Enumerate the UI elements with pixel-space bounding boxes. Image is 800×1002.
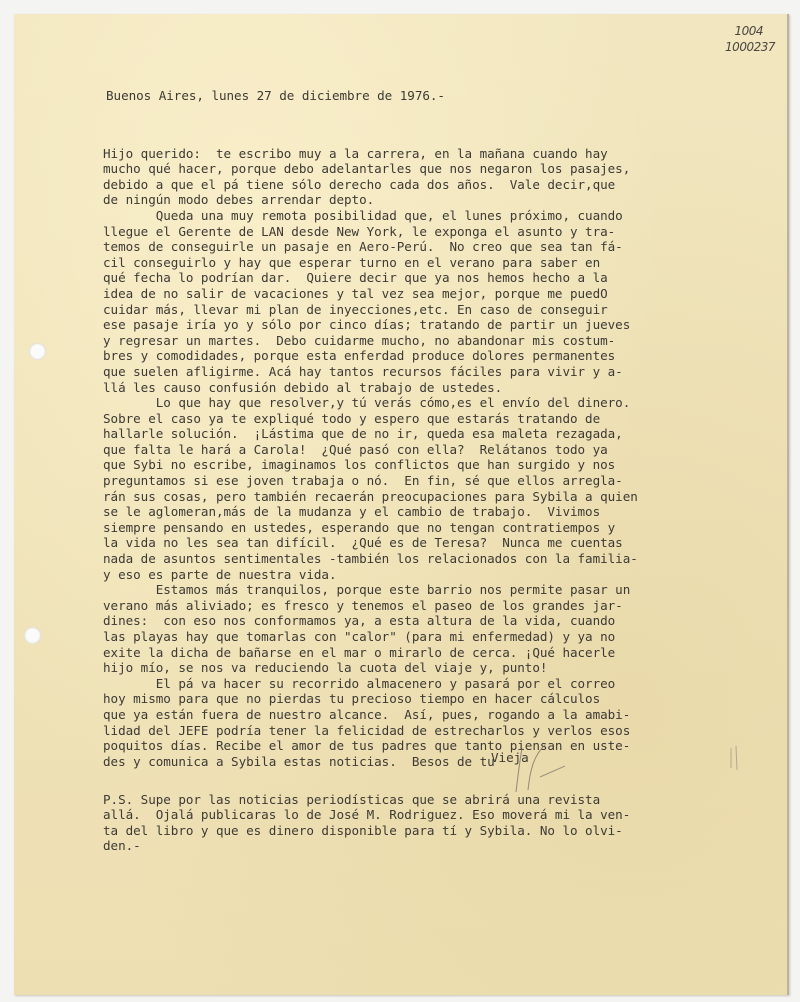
archive-number-secondary: 1000237 (725, 40, 775, 54)
postscript: P.S. Supe por las noticias periodísticas… (103, 776, 630, 870)
body-line: que suelen afligirme. Acá hay tantos rec… (103, 364, 638, 380)
punch-hole (29, 343, 46, 360)
body-line: bres y comodidades, porque esta enferdad… (103, 348, 638, 364)
body-line: dines: con eso nos conformamos ya, a est… (103, 613, 638, 629)
archive-number-primary: 1004 (734, 24, 763, 38)
body-line: Sobre el caso ya te expliqué todo y espe… (103, 411, 638, 427)
body-line: cuidar más, llevar mi plan de inyeccione… (103, 302, 638, 318)
body-line: qué fecha lo podrían dar. Quiere decir q… (103, 270, 638, 286)
body-line: temos de conseguirle un pasaje en Aero-P… (103, 239, 638, 255)
body-line: ese pasaje iría yo y sólo por cinco días… (103, 317, 638, 333)
body-line: y regresar un martes. Debo cuidarme much… (103, 333, 638, 349)
letter-body: Hijo querido: te escribo muy a la carrer… (103, 130, 638, 785)
signature: Vieja (491, 750, 529, 766)
body-line: El pá va hacer su recorrido almacenero y… (103, 676, 638, 692)
body-line: la vida no les sea tan difícil. ¿Qué es … (103, 535, 638, 551)
body-line: hoy mismo para que no pierdas tu precios… (103, 691, 638, 707)
body-line: Estamos más tranquilos, porque este barr… (103, 582, 638, 598)
body-line: y eso es parte de nuestra vida. (103, 567, 638, 583)
body-line: mucho qué hacer, porque debo adelantarle… (103, 161, 638, 177)
body-line: hijo mío, se nos va reduciendo la cuota … (103, 660, 638, 676)
body-line: debido a que el pá tiene sólo derecho ca… (103, 177, 638, 193)
body-line: poquitos días. Recibe el amor de tus pad… (103, 738, 638, 754)
body-line: idea de no salir de vacaciones y tal vez… (103, 286, 638, 302)
body-line: siempre pensando en ustedes, esperando q… (103, 520, 638, 536)
body-line: nada de asuntos sentimentales -también l… (103, 551, 638, 567)
body-line: que ya están fuera de nuestro alcance. A… (103, 707, 638, 723)
body-line: cil conseguirlo y hay que esperar turno … (103, 255, 638, 271)
postscript-line: allá. Ojalá publicaras lo de José M. Rod… (103, 807, 630, 823)
body-line: llá les causo confusión debido al trabaj… (103, 380, 638, 396)
body-line: exite la dicha de bañarse en el mar o mi… (103, 645, 638, 661)
postscript-line: den.- (103, 838, 630, 854)
postscript-line: P.S. Supe por las noticias periodísticas… (103, 792, 630, 808)
body-line: des y comunica a Sybila estas noticias. … (103, 754, 638, 770)
body-line: que Sybi no escribe, imaginamos los conf… (103, 457, 638, 473)
body-line: se le aglomeran,más de la mudanza y el c… (103, 504, 638, 520)
body-line: hallarle solución. ¡Lástima que de no ir… (103, 426, 638, 442)
body-line: verano más aliviado; es fresco y tenemos… (103, 598, 638, 614)
body-line: que falta le hará a Carola! ¿Qué pasó co… (103, 442, 638, 458)
body-line: preguntamos si ese joven trabaja o nó. E… (103, 473, 638, 489)
body-line: lidad del JEFE podría tener la felicidad… (103, 723, 638, 739)
punch-hole (24, 627, 41, 644)
postscript-line: ta del libro y que es dinero disponible … (103, 823, 630, 839)
body-line: llegue el Gerente de LAN desde New York,… (103, 224, 638, 240)
dateline: Buenos Aires, lunes 27 de diciembre de 1… (106, 88, 445, 104)
body-line: Queda una muy remota posibilidad que, el… (103, 208, 638, 224)
body-line: de ningún modo debes arrendar depto. (103, 192, 638, 208)
body-line: Lo que hay que resolver,y tú verás cómo,… (103, 395, 638, 411)
body-line: rán sus cosas, pero también recaerán pre… (103, 489, 638, 505)
body-line: las playas hay que tomarlas con "calor" … (103, 629, 638, 645)
body-line: Hijo querido: te escribo muy a la carrer… (103, 146, 638, 162)
